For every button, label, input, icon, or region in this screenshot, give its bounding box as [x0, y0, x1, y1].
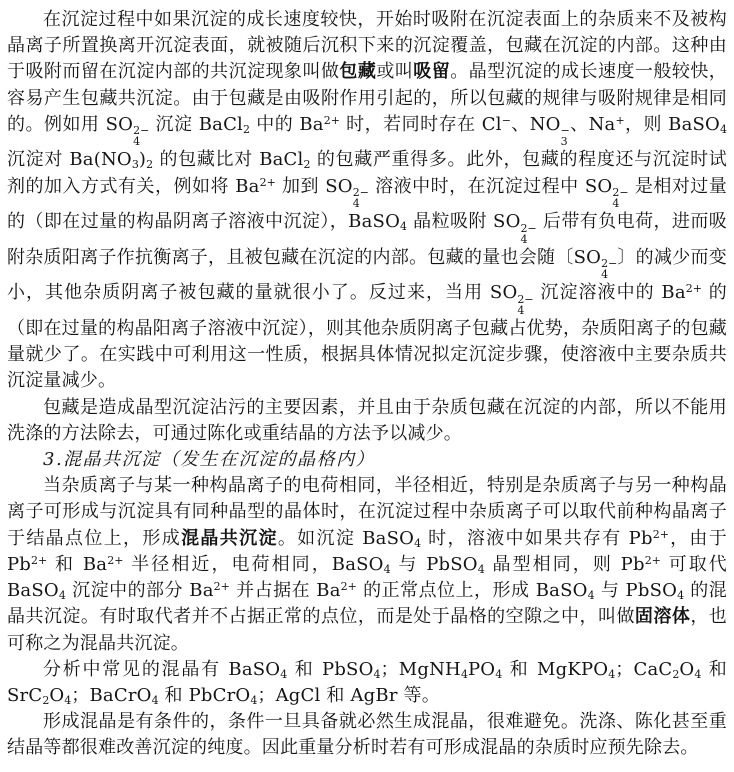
document-page: 在沉淀过程中如果沉淀的成长速度较快，开始时吸附在沉淀表面上的杂质来不及被构晶离子… — [0, 0, 734, 772]
bold-term: 包藏 — [339, 61, 376, 82]
subscript: 2 — [243, 123, 250, 136]
text-run: ；CaC — [615, 659, 672, 680]
ion-charge-stack: 2−4 — [133, 125, 149, 147]
superscript: 2+ — [324, 114, 340, 127]
document-body: 在沉淀过程中如果沉淀的成长速度较快，开始时吸附在沉淀表面上的杂质来不及被构晶离子… — [7, 7, 727, 762]
text-run: ，则 BaSO — [625, 114, 720, 135]
subscript: 4 — [677, 589, 684, 602]
subscript-count: 4 — [601, 269, 617, 280]
ion-charge-stack: 2−4 — [612, 187, 628, 209]
text-run: 、Na — [570, 114, 616, 135]
text-run: 溶液中时，在沉淀过程中 SO — [369, 176, 612, 197]
bold-term: 混晶共沉淀 — [181, 528, 278, 549]
text-run: 与 PbSO — [391, 554, 478, 575]
text-run: 沉淀溶液中的 Ba — [534, 282, 686, 303]
bold-term: 固溶体 — [635, 606, 690, 627]
superscript: 2+ — [107, 554, 123, 567]
subscript: 4 — [152, 694, 159, 707]
ion-charge-stack: 2−4 — [353, 187, 369, 209]
bold-term: 吸留 — [413, 61, 450, 82]
para-common-mixed-crystals: 分析中常见的混晶有 BaSO4 和 PbSO4；MgNH4PO4 和 MgKPO… — [7, 657, 727, 709]
text-run: 的正常点位上，形成 BaSO — [357, 580, 588, 601]
text-run: 加到 SO — [276, 176, 353, 197]
text-run: PO — [468, 659, 495, 680]
text-run: 包藏是造成晶型沉淀沾污的主要因素，并且由于杂质包藏在沉淀的内部，所以不能用洗涤的… — [7, 397, 727, 444]
text-run: 晶型相同，则 Pb — [485, 554, 645, 575]
superscript: 2+ — [653, 528, 669, 541]
text-run: 或叫 — [376, 61, 413, 82]
subscript: 4 — [461, 667, 468, 680]
subscript: 4 — [400, 220, 407, 233]
subscript: 4 — [588, 589, 595, 602]
ion-charge-stack: −3 — [561, 125, 570, 147]
para-mixed-crystal-body: 当杂质离子与某一种构晶离子的电荷相同，半径相近，特别是杂质离子与另一种构晶离子可… — [7, 473, 727, 656]
text-run: 的包藏比对 BaCl — [153, 149, 303, 170]
text-run: 时，溶液中如果共存有 Pb — [421, 528, 653, 549]
text-run: 和 PbSO — [287, 659, 373, 680]
subscript-count: 4 — [517, 305, 533, 316]
ion-charge-stack: 2−4 — [521, 223, 537, 245]
text-run: 。如沉淀 BaSO — [278, 528, 414, 549]
superscript: 2+ — [31, 554, 47, 567]
text-run: 半径相近，电荷相同，BaSO — [123, 554, 383, 575]
superscript: + — [615, 114, 624, 127]
subscript: 4 — [374, 667, 381, 680]
text-run: 3.混晶共沉淀（发生在沉淀的晶格内） — [43, 449, 375, 470]
text-run: 和 MgKPO — [502, 659, 608, 680]
subscript: 4 — [478, 563, 485, 576]
superscript: 2+ — [686, 282, 702, 295]
subscript-count: 4 — [353, 198, 369, 209]
ion-charge-stack: 2−4 — [601, 258, 617, 280]
superscript: 2+ — [645, 554, 661, 567]
text-run: 、NO — [511, 114, 561, 135]
subscript-count: 4 — [521, 234, 537, 245]
text-run: 形成混晶是有条件的，条件一旦具备就必然生成混晶，很难避免。洗涤、陈化甚至重结晶等… — [7, 711, 727, 758]
text-run: 时，若同时存在 Cl — [340, 114, 502, 135]
text-run: 并占据在 Ba — [230, 580, 341, 601]
text-run: 沉淀中的部分 Ba — [66, 580, 214, 601]
text-run: O — [679, 659, 694, 680]
ion-charge-stack: 2−4 — [517, 294, 533, 316]
text-run: 中的 Ba — [250, 114, 324, 135]
text-run: ；MgNH — [381, 659, 461, 680]
text-run: ；BaCrO — [71, 685, 151, 706]
para-baozang-intro: 在沉淀过程中如果沉淀的成长速度较快，开始时吸附在沉淀表面上的杂质来不及被构晶离子… — [7, 7, 727, 395]
superscript: 2+ — [260, 176, 276, 189]
subscript: 4 — [59, 589, 66, 602]
para-baozang-summary: 包藏是造成晶型沉淀沾污的主要因素，并且由于杂质包藏在沉淀的内部，所以不能用洗涤的… — [7, 395, 727, 447]
para-conclusion: 形成混晶是有条件的，条件一旦具备就必然生成混晶，很难避免。洗涤、陈化甚至重结晶等… — [7, 709, 727, 761]
subscript-count: 3 — [561, 136, 570, 147]
subscript-count: 4 — [612, 198, 628, 209]
superscript: − — [502, 114, 511, 127]
subscript: 4 — [720, 123, 727, 136]
superscript: 2+ — [341, 580, 357, 593]
superscript: 2+ — [214, 580, 230, 593]
text-run: 沉淀 BaCl — [149, 114, 243, 135]
heading-mixed-crystal: 3.混晶共沉淀（发生在沉淀的晶格内） — [7, 447, 727, 473]
text-run: 沉淀对 Ba(NO — [7, 149, 132, 170]
text-run: ；AgCl 和 AgBr 等。 — [257, 685, 440, 706]
text-run: O — [49, 685, 64, 706]
text-run: 分析中常见的混晶有 BaSO — [43, 659, 280, 680]
subscript-count: 4 — [133, 136, 149, 147]
text-run: 晶粒吸附 SO — [407, 211, 521, 232]
text-run: 和 Ba — [47, 554, 107, 575]
text-run: 与 PbSO — [595, 580, 677, 601]
subscript: 4 — [384, 563, 391, 576]
subscript: 3 — [132, 158, 139, 171]
text-run: 和 PbCrO — [159, 685, 251, 706]
